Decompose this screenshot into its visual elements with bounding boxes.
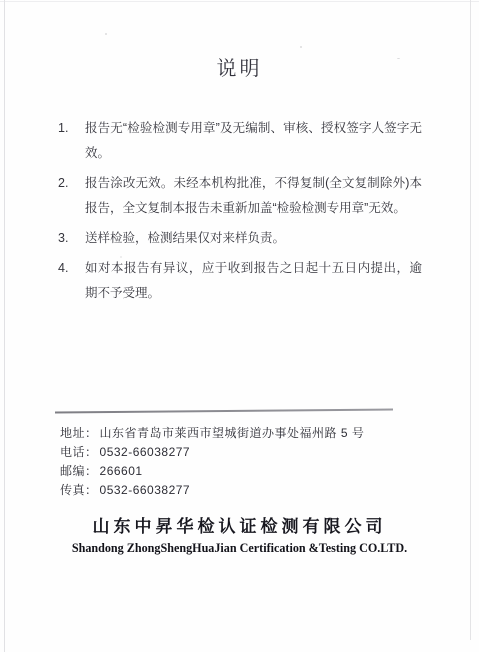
address-label: 地址： xyxy=(60,426,98,440)
notes-list: 1. 报告无“检验检测专用章”及无编制、审核、授权签字人签字无效。 2. 报告涂… xyxy=(58,116,422,311)
page-edge-top xyxy=(0,1,479,2)
contact-phone: 电话：0532-66038277 xyxy=(60,443,364,462)
note-number: 4. xyxy=(58,256,85,306)
note-text: 送样检验，检测结果仅对来样负责。 xyxy=(85,226,422,251)
postcode-value: 266601 xyxy=(100,464,143,478)
contact-address: 地址：山东省青岛市莱西市望城街道办事处福州路 5 号 xyxy=(60,424,364,443)
note-number: 1. xyxy=(58,116,85,166)
note-number: 3. xyxy=(58,226,85,251)
contact-block: 地址：山东省青岛市莱西市望城街道办事处福州路 5 号 电话：0532-66038… xyxy=(60,424,364,500)
page-title: 说明 xyxy=(0,52,479,81)
note-text: 报告涂改无效。未经本机构批准，不得复制(全文复制除外)本报告，全文复制本报告未重… xyxy=(85,171,422,221)
scan-speck xyxy=(105,33,107,35)
fax-value: 0532-66038277 xyxy=(100,483,191,497)
footer-divider-line xyxy=(55,409,393,414)
note-item-1: 1. 报告无“检验检测专用章”及无编制、审核、授权签字人签字无效。 xyxy=(58,116,422,166)
fax-label: 传真： xyxy=(60,483,98,497)
note-item-4: 4. 如对本报告有异议，应于收到报告之日起十五日内提出，逾期不予受理。 xyxy=(58,256,422,306)
note-item-3: 3. 送样检验，检测结果仅对来样负责。 xyxy=(58,226,422,251)
address-value: 山东省青岛市莱西市望城街道办事处福州路 5 号 xyxy=(100,426,365,440)
note-text: 报告无“检验检测专用章”及无编制、审核、授权签字人签字无效。 xyxy=(85,116,422,166)
scan-speck xyxy=(300,46,302,48)
postcode-label: 邮编： xyxy=(60,464,98,478)
scanned-report-notes-page: 说明 1. 报告无“检验检测专用章”及无编制、审核、授权签字人签字无效。 2. … xyxy=(0,0,479,652)
note-item-2: 2. 报告涂改无效。未经本机构批准，不得复制(全文复制除外)本报告，全文复制本报… xyxy=(58,171,422,221)
phone-label: 电话： xyxy=(60,445,98,459)
contact-fax: 传真：0532-66038277 xyxy=(60,481,364,500)
company-block: 山东中昇华检认证检测有限公司 Shandong ZhongShengHuaJia… xyxy=(0,512,479,556)
company-name-chinese: 山东中昇华检认证检测有限公司 xyxy=(0,512,479,537)
phone-value: 0532-66038277 xyxy=(100,445,191,459)
note-number: 2. xyxy=(58,171,85,221)
company-name-english: Shandong ZhongShengHuaJian Certification… xyxy=(7,541,472,556)
contact-postcode: 邮编：266601 xyxy=(60,462,364,481)
note-text: 如对本报告有异议，应于收到报告之日起十五日内提出，逾期不予受理。 xyxy=(85,256,422,306)
